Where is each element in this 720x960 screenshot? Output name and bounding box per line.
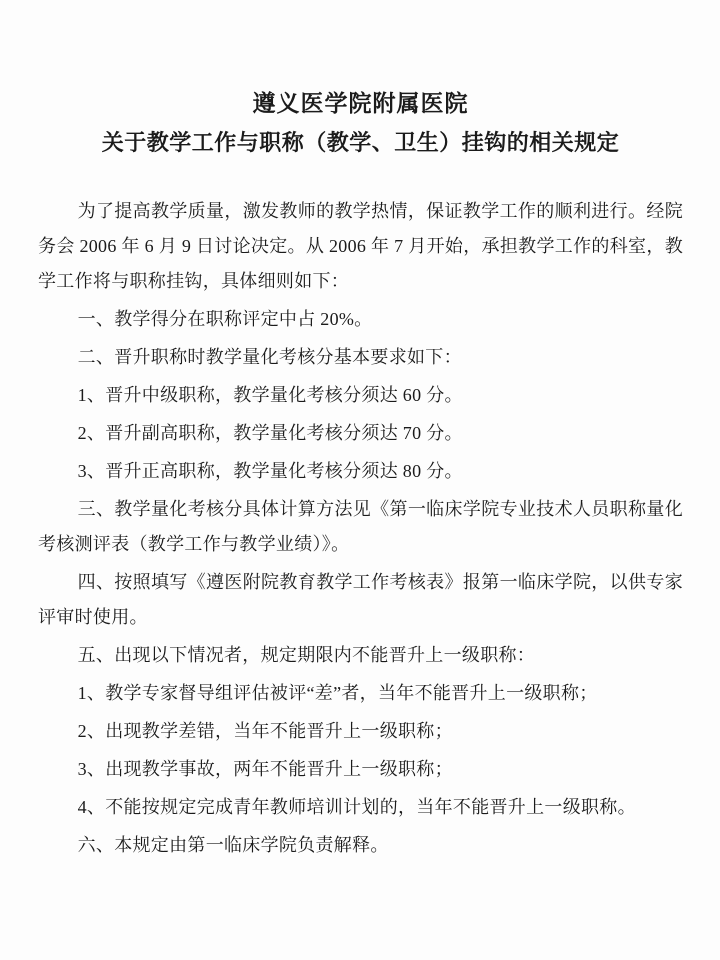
paragraph-intro: 为了提高教学质量，激发教师的教学热情，保证教学工作的顺利进行。经院务会 2006… bbox=[38, 194, 683, 299]
document-page: 遵义医学院附属医院 关于教学工作与职称（教学、卫生）挂钩的相关规定 为了提高教学… bbox=[0, 0, 720, 960]
clause-1-teaching-score: 一、教学得分在职称评定中占 20%。 bbox=[38, 302, 683, 337]
item-5-1-poor-evaluation: 1、教学专家督导组评估被评“差”者，当年不能晋升上一级职称； bbox=[38, 676, 683, 711]
item-2-3-full-senior-title: 3、晋升正高职称，教学量化考核分须达 80 分。 bbox=[38, 454, 683, 489]
document-body: 为了提高教学质量，激发教师的教学热情，保证教学工作的顺利进行。经院务会 2006… bbox=[38, 194, 683, 863]
clause-5-restrictions: 五、出现以下情况者，规定期限内不能晋升上一级职称： bbox=[38, 638, 683, 673]
item-2-1-intermediate-title: 1、晋升中级职称，教学量化考核分须达 60 分。 bbox=[38, 378, 683, 413]
item-2-2-associate-senior-title: 2、晋升副高职称，教学量化考核分须达 70 分。 bbox=[38, 416, 683, 451]
item-5-3-teaching-accident: 3、出现教学事故，两年不能晋升上一级职称； bbox=[38, 752, 683, 787]
clause-6-interpretation: 六、本规定由第一临床学院负责解释。 bbox=[38, 828, 683, 863]
item-5-2-teaching-error: 2、出现教学差错，当年不能晋升上一级职称； bbox=[38, 714, 683, 749]
item-5-4-training-plan: 4、不能按规定完成青年教师培训计划的，当年不能晋升上一级职称。 bbox=[38, 790, 683, 825]
clause-4-assessment-form: 四、按照填写《遵医附院教育教学工作考核表》报第一临床学院，以供专家评审时使用。 bbox=[38, 565, 683, 635]
clause-3-calculation-method: 三、教学量化考核分具体计算方法见《第一临床学院专业技术人员职称量化考核测评表（教… bbox=[38, 492, 683, 562]
document-org-title: 遵义医学院附属医院 bbox=[38, 90, 683, 117]
clause-2-promotion-requirements: 二、晋升职称时教学量化考核分基本要求如下： bbox=[38, 340, 683, 375]
document-title: 关于教学工作与职称（教学、卫生）挂钩的相关规定 bbox=[38, 130, 683, 156]
